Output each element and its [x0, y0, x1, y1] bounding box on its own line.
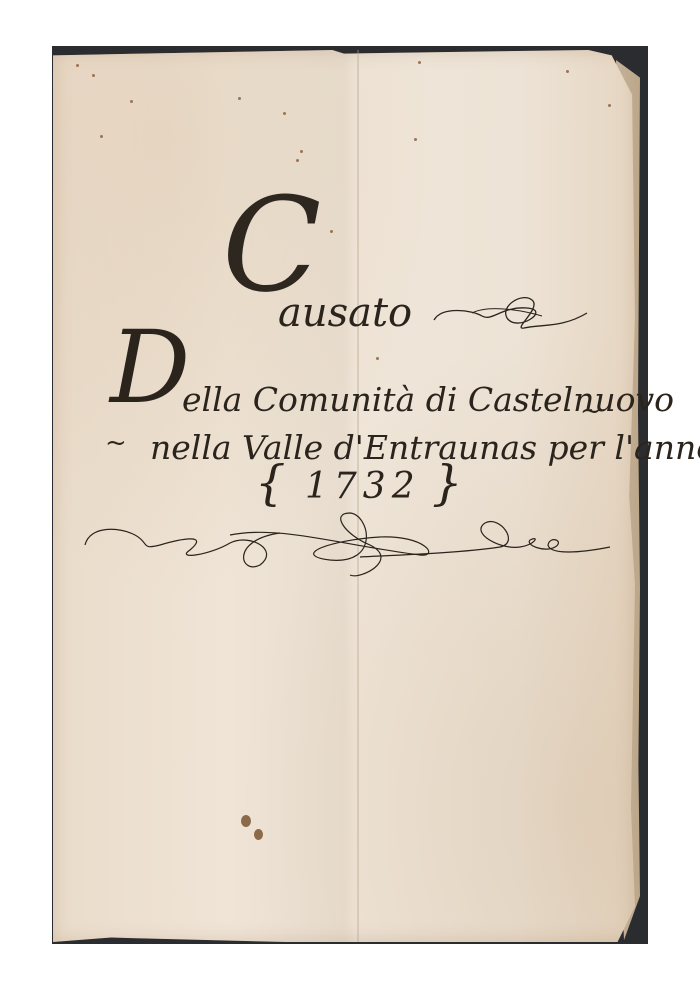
line-filler-start: ~ — [105, 428, 127, 458]
year-right-bracket: } — [432, 455, 463, 511]
subtitle-line-2: nella Valle d'Entraunas per l'anno — [150, 428, 700, 467]
title-text: ausato — [278, 290, 412, 336]
line-filler-end: ~ — [580, 396, 602, 426]
subtitle-initial: D — [110, 318, 190, 418]
year: 1732 — [305, 466, 421, 507]
bottom-flourish-ornament — [80, 505, 620, 585]
year-left-bracket: { — [255, 455, 286, 511]
title-flourish-ornament — [432, 288, 592, 338]
